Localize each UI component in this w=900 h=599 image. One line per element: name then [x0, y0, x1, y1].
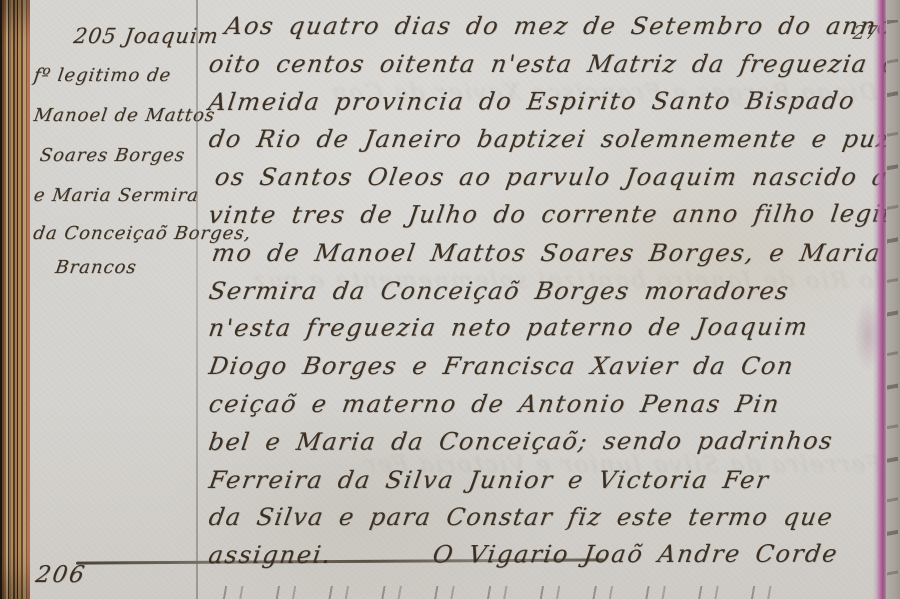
clipped-bottom-line: [212, 586, 772, 599]
record-text-line: Almeida provincia do Espirito Santo Bisp…: [206, 82, 886, 121]
margin-line: Brancos: [31, 251, 204, 285]
record-text-line: oito centos oitenta n'esta Matriz da fre…: [206, 46, 886, 84]
margin-line: da Conceiçaõ Borges,: [31, 216, 204, 251]
facing-page-sliver: [886, 0, 900, 599]
record-text-line: ceiçaõ e materno de Antonio Penas Pin: [206, 386, 886, 424]
record-text-column: Aos quatro dias do mez de Setembro do an…: [206, 8, 886, 599]
record-text-line: mo de Manoel Mattos Soares Borges, e Mar…: [206, 235, 886, 273]
margin-line: e Maria Sermira: [31, 176, 205, 216]
record-text-line: Ferreira da Silva Junior e Victoria Fer: [206, 462, 886, 500]
margin-line: 205 Joaquim: [31, 16, 205, 56]
margin-line: fº legitimo de: [31, 56, 205, 96]
record-text-line: do Rio de Janeiro baptizei solemnemente …: [206, 121, 886, 159]
record-text-line: bel e Maria da Conceiçaõ; sendo padrinho…: [206, 422, 886, 461]
margin-annotation-column: 205 Joaquim fº legitimo de Manoel de Mat…: [31, 16, 199, 285]
record-text-line: os Santos Oleos ao parvulo Joaquim nasci…: [206, 159, 886, 197]
manuscript-page: Diogo Borges e Francisca Xavier da Con d…: [0, 0, 900, 599]
book-binding: [0, 0, 30, 599]
record-text-line: Diogo Borges e Francisca Xavier da Con: [206, 348, 886, 386]
next-record-number: 206: [34, 562, 88, 588]
record-text-line: Aos quatro dias do mez de Setembro do an…: [206, 8, 886, 46]
record-text-line: n'esta freguezia neto paterno de Joaquim: [206, 309, 886, 348]
margin-line: Manoel de Mattos: [31, 96, 205, 136]
record-text-line: Sermira da Conceiçaõ Borges moradores: [206, 273, 886, 311]
record-text-line: da Silva e para Constar fiz este termo q…: [206, 499, 886, 537]
ink-smudge: [854, 298, 882, 372]
record-text-line: vinte tres de Julho do corrente anno fil…: [206, 196, 886, 235]
margin-rule-line: [196, 0, 198, 599]
page-edge-pink-line: [873, 0, 887, 599]
record-text-line: assignei. O Vigario Joaõ Andre Corde: [206, 536, 886, 575]
margin-line: Soares Borges: [31, 136, 205, 176]
